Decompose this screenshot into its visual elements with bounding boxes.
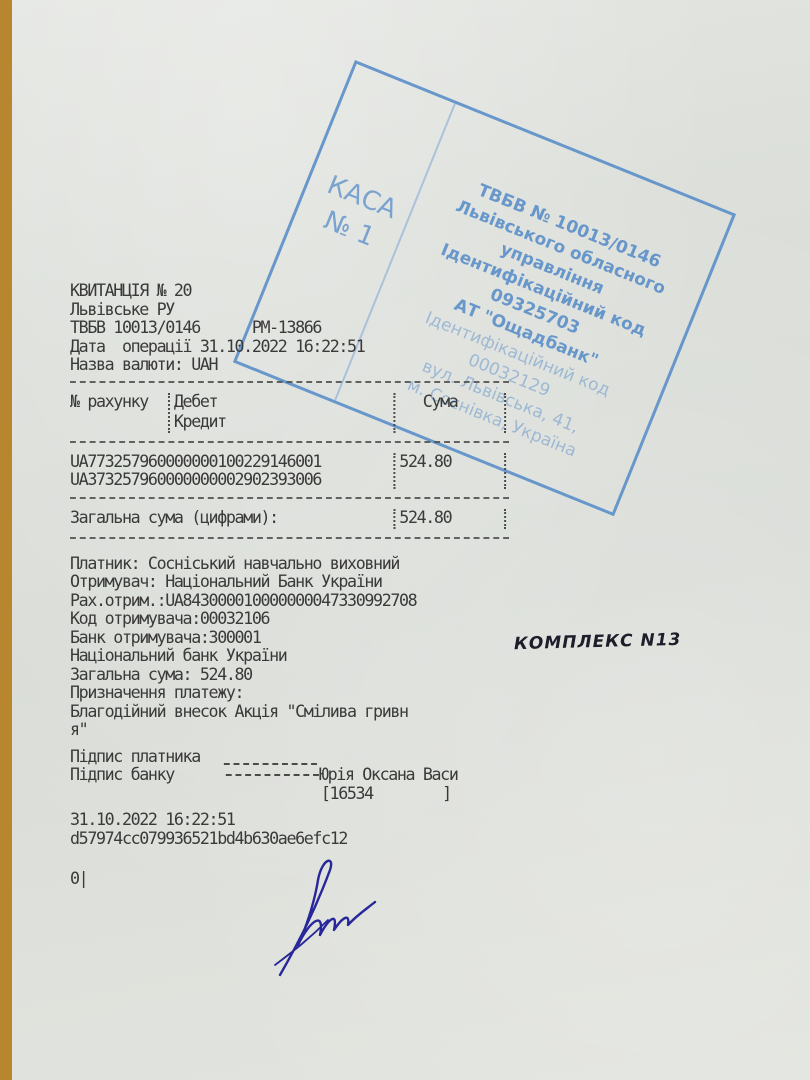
total-value: 524.80 (399, 509, 451, 528)
handwritten-signature (270, 850, 380, 980)
column-separator (393, 453, 395, 489)
header-sum: Сума (423, 393, 458, 412)
recipient-code: Код отримувача:00032106 (70, 610, 509, 629)
cashier-id: [16534 ] (321, 784, 451, 804)
bank-signature-label: Підпис банку (70, 765, 174, 785)
payer: Платник: Сосніський навчально виховний (70, 555, 509, 574)
payer-signature-line (224, 763, 317, 765)
column-separator (393, 509, 395, 529)
receipt-title: КВИТАНЦІЯ № 20 (70, 282, 509, 301)
header-account: № рахунку (70, 393, 148, 412)
currency: Назва валюти: UAH (70, 356, 509, 375)
credit-account: UA373257960000000002902393006 (70, 471, 321, 490)
cashier-name: Юрія Оксана Васи (319, 765, 458, 785)
purpose-label: Призначення платежу: (70, 684, 509, 703)
receipt-tvbv: ТВБВ 10013/0146 РМ-13866 (70, 319, 509, 338)
recipient-bank: Банк отримувача:300001 (70, 629, 509, 648)
column-separator (168, 393, 170, 433)
total-label: Загальна сума (цифрами): (70, 509, 278, 528)
divider (70, 537, 509, 539)
accounts-table: № рахунку Дебет Кредит Сума UA7732579600… (70, 381, 509, 539)
bank-signature-line (226, 774, 319, 776)
footer-hash: d57974cc079936521bd4b630ae6efc12 (70, 830, 509, 849)
stamp-kasa: КАСА № 1 (301, 165, 410, 262)
column-separator (504, 509, 506, 529)
cashier-id-row: [16534 ] (70, 785, 509, 804)
bank-signature-row: Підпис банку Юрія Оксана Васи (70, 766, 509, 785)
payer-signature-label: Підпис платника (70, 747, 200, 767)
header-credit: Кредит (174, 413, 226, 432)
operation-date: Дата операції 31.10.2022 16:22:51 (70, 338, 509, 357)
table-row: UA773257960000000100229146001 524.80 UA3… (70, 451, 509, 491)
payer-signature-row: Підпис платника (70, 748, 509, 767)
divider (70, 381, 509, 383)
table-total-row: Загальна сума (цифрами): 524.80 (70, 507, 509, 531)
purpose-text: Благодійний внесок Акція "Смілива гривн (70, 703, 509, 722)
receipt-text: КВИТАНЦІЯ № 20 Львівське РУ ТВБВ 10013/0… (70, 282, 509, 889)
divider (70, 497, 509, 499)
receipt-branch: Львівське РУ (70, 301, 509, 320)
column-separator (504, 453, 506, 489)
column-separator (393, 393, 395, 433)
recipient: Отримувач: Національний Банк України (70, 573, 509, 592)
debit-account: UA773257960000000100229146001 (70, 453, 321, 472)
purpose-text-cont: я" (70, 721, 509, 740)
table-header: № рахунку Дебет Кредит Сума (70, 391, 509, 435)
recipient-bank-name: Національний банк України (70, 647, 509, 666)
total-sum: Загальна сума: 524.80 (70, 666, 509, 685)
row-sum: 524.80 (399, 453, 451, 472)
footer-datetime: 31.10.2022 16:22:51 (70, 811, 509, 830)
recipient-account: Рах.отрим.:UA843000010000000047330992708 (70, 592, 509, 611)
divider (70, 441, 509, 443)
header-debit: Дебет (174, 393, 217, 412)
column-separator (504, 393, 506, 433)
